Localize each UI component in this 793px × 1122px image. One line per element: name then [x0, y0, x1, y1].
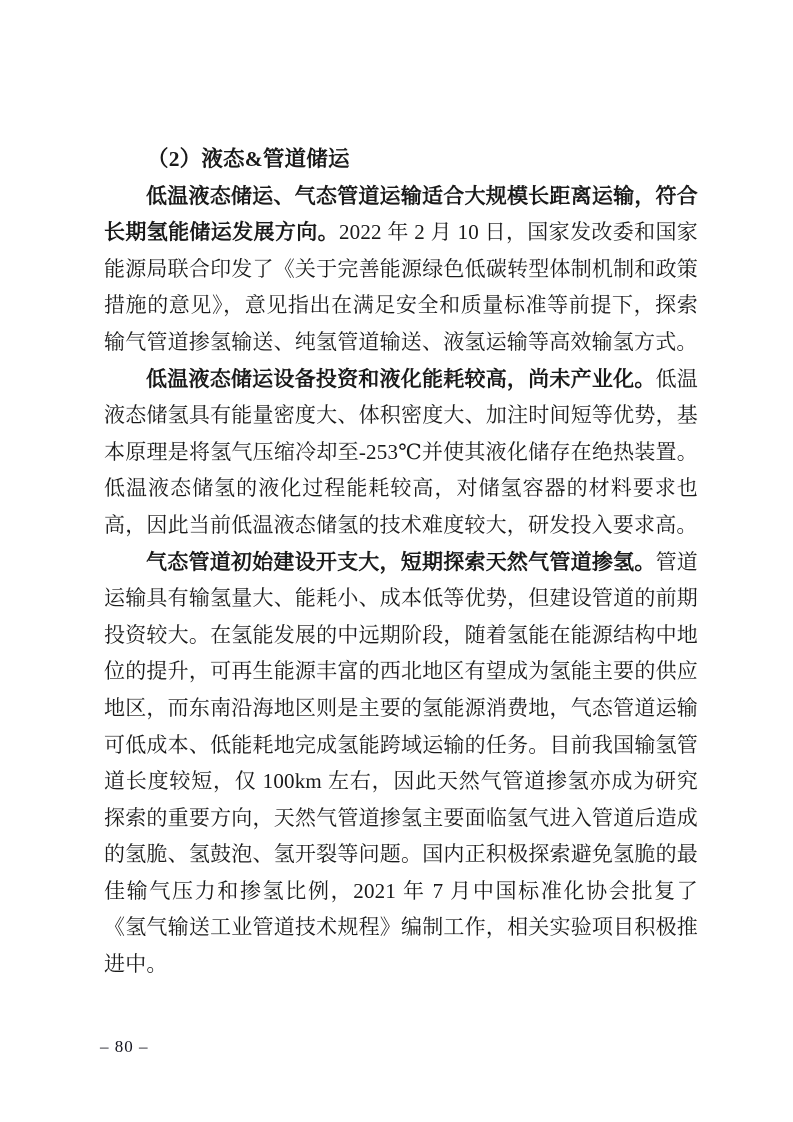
- paragraph-body-text: 低温液态储氢具有能量密度大、体积密度大、加注时间短等优势，基本原理是将氢气压缩冷…: [104, 367, 698, 537]
- paragraph-body-text: 管道运输具有输氢量大、能耗小、成本低等优势，但建设管道的前期投资较大。在氢能发展…: [104, 550, 698, 977]
- paragraph-lead-bold: 低温液态储运设备投资和液化能耗较高，尚未产业化。: [146, 367, 656, 391]
- document-page: （2）液态&管道储运 低温液态储运、气态管道运输适合大规模长距离运输，符合长期氢…: [0, 0, 793, 1122]
- paragraph: 低温液态储运设备投资和液化能耗较高，尚未产业化。低温液态储氢具有能量密度大、体积…: [104, 361, 698, 544]
- section-heading: （2）液态&管道储运: [104, 141, 698, 178]
- page-body: （2）液态&管道储运 低温液态储运、气态管道运输适合大规模长距离运输，符合长期氢…: [104, 141, 698, 983]
- paragraph: 低温液态储运、气态管道运输适合大规模长距离运输，符合长期氢能储运发展方向。202…: [104, 178, 698, 361]
- paragraph: 气态管道初始建设开支大，短期探索天然气管道掺氢。管道运输具有输氢量大、能耗小、成…: [104, 544, 698, 983]
- paragraph-lead-bold: 气态管道初始建设开支大，短期探索天然气管道掺氢。: [146, 550, 656, 574]
- page-number: – 80 –: [100, 1036, 149, 1058]
